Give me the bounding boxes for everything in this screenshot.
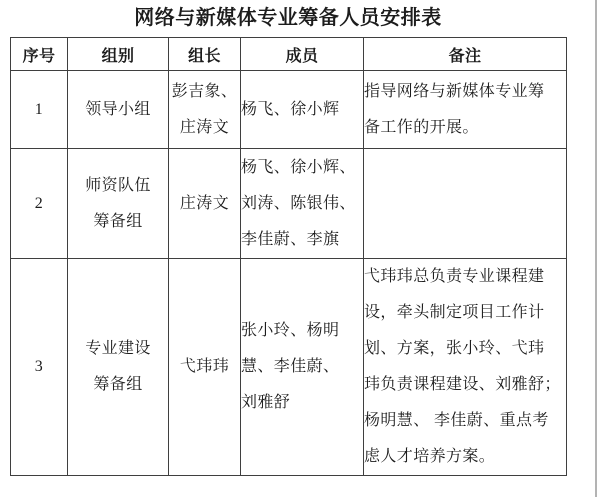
header-members: 成员	[241, 38, 364, 71]
header-group: 组别	[68, 38, 169, 71]
serial-cell: 2	[11, 149, 68, 259]
remarks-cell: 弋玮玮总负责专业课程建 设，牵头制定项目工作计 划、方案，张小玲、弋玮 玮负责课…	[364, 259, 567, 476]
document-body: 网络与新媒体专业筹备人员安排表 序号 组别 组长 成员 备注 1 领导小组 彭吉…	[10, 0, 566, 476]
remarks-cell: 指导网络与新媒体专业筹 备工作的开展。	[364, 71, 567, 149]
members-cell: 张小玲、杨明 慧、李佳蔚、 刘雅舒	[241, 259, 364, 476]
page-title: 网络与新媒体专业筹备人员安排表	[10, 6, 566, 30]
table-row: 3 专业建设 筹备组 弋玮玮 张小玲、杨明 慧、李佳蔚、 刘雅舒 弋玮玮总负责专…	[11, 259, 567, 476]
members-cell: 杨飞、徐小辉	[241, 71, 364, 149]
leader-cell: 庄涛文	[169, 149, 241, 259]
leader-cell: 弋玮玮	[169, 259, 241, 476]
staffing-table: 序号 组别 组长 成员 备注 1 领导小组 彭吉象、 庄涛文 杨飞、徐小辉 指导…	[10, 37, 567, 476]
document-page: { "title": "网络与新媒体专业筹备人员安排表", "colors": …	[0, 0, 599, 497]
serial-cell: 1	[11, 71, 68, 149]
header-serial: 序号	[11, 38, 68, 71]
leader-cell: 彭吉象、 庄涛文	[169, 71, 241, 149]
group-cell: 师资队伍 筹备组	[68, 149, 169, 259]
header-remarks: 备注	[364, 38, 567, 71]
members-cell: 杨飞、徐小辉、 刘涛、陈银伟、 李佳蔚、李旗	[241, 149, 364, 259]
table-row: 1 领导小组 彭吉象、 庄涛文 杨飞、徐小辉 指导网络与新媒体专业筹 备工作的开…	[11, 71, 567, 149]
header-row: 序号 组别 组长 成员 备注	[11, 38, 567, 71]
header-leader: 组长	[169, 38, 241, 71]
group-cell: 领导小组	[68, 71, 169, 149]
serial-cell: 3	[11, 259, 68, 476]
page-edge-line	[595, 0, 597, 497]
table-row: 2 师资队伍 筹备组 庄涛文 杨飞、徐小辉、 刘涛、陈银伟、 李佳蔚、李旗	[11, 149, 567, 259]
remarks-cell	[364, 149, 567, 259]
group-cell: 专业建设 筹备组	[68, 259, 169, 476]
